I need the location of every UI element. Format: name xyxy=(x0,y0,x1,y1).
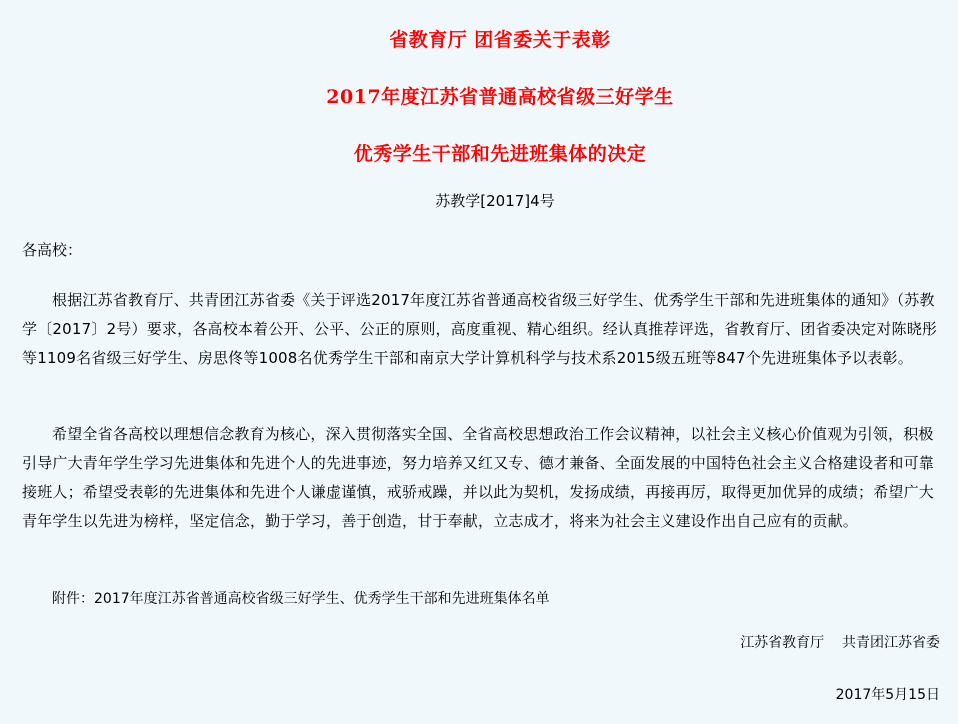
issue-date: 2017年5月15日 xyxy=(836,684,940,706)
paragraph-2: 希望全省各高校以理想信念教育为核心，深入贯彻落实全国、全省高校思想政治工作会议精… xyxy=(22,420,942,536)
title-line-3: 优秀学生干部和先进班集体的决定 xyxy=(0,142,958,166)
signature: 江苏省教育厅 共青团江苏省委 xyxy=(740,632,940,654)
document-number: 苏教学[2017]4号 xyxy=(0,190,958,212)
salutation: 各高校： xyxy=(22,239,82,261)
attachment-note: 附件：2017年度江苏省普通高校省级三好学生、优秀学生干部和先进班集体名单 xyxy=(52,588,550,610)
title-line-1: 省教育厅 团省委关于表彰 xyxy=(0,28,958,52)
paragraph-1: 根据江苏省教育厅、共青团江苏省委《关于评选2017年度江苏省普通高校省级三好学生… xyxy=(22,286,942,373)
title-line-2: 2017年度江苏省普通高校省级三好学生 xyxy=(0,85,958,109)
